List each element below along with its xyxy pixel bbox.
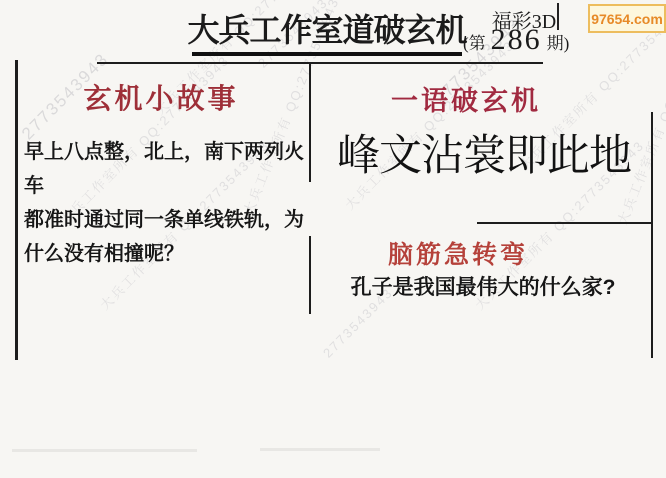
riddle-heading: 脑筋急转弯: [318, 235, 598, 271]
riddle-top-rule: [477, 222, 653, 224]
scan-smudge: [12, 449, 197, 452]
copyright-watermark: 大兵工作室所有 QQ:2773543943: [612, 4, 666, 227]
story-line: 都准时通过同一条单线铁轨，为: [24, 203, 310, 237]
top-rule: [97, 62, 543, 64]
story-text: 早上八点整，北上，南下两列火车 都准时通过同一条单线铁轨，为 什么没有相撞呢？: [24, 135, 310, 271]
title-underline: [192, 52, 462, 56]
issue-suffix: 期): [547, 29, 570, 54]
issue-number: 286: [491, 23, 542, 57]
mystery-phrase: 峰文沾裳即此地: [314, 122, 654, 183]
mystery-heading: 一语破玄机: [316, 79, 616, 118]
story-line: 什么没有相撞呢？: [24, 237, 310, 271]
story-line: 早上八点整，北上，南下两列火车: [24, 135, 310, 203]
lottery-tip-sheet: 2773543943 大兵工作室所有 QQ:2773543943 大兵工作室所有…: [0, 0, 666, 478]
issue-number-group: (第 286 期): [463, 23, 569, 57]
scan-smudge: [260, 448, 380, 451]
riddle-question: 孔子是我国最伟大的什么家?: [312, 271, 654, 301]
story-heading: 玄机小故事: [18, 77, 304, 117]
site-watermark-badge: 97654.com: [588, 4, 666, 33]
issue-prefix: (第: [463, 29, 486, 54]
page-title: 大兵工作室道破玄机: [186, 11, 468, 49]
